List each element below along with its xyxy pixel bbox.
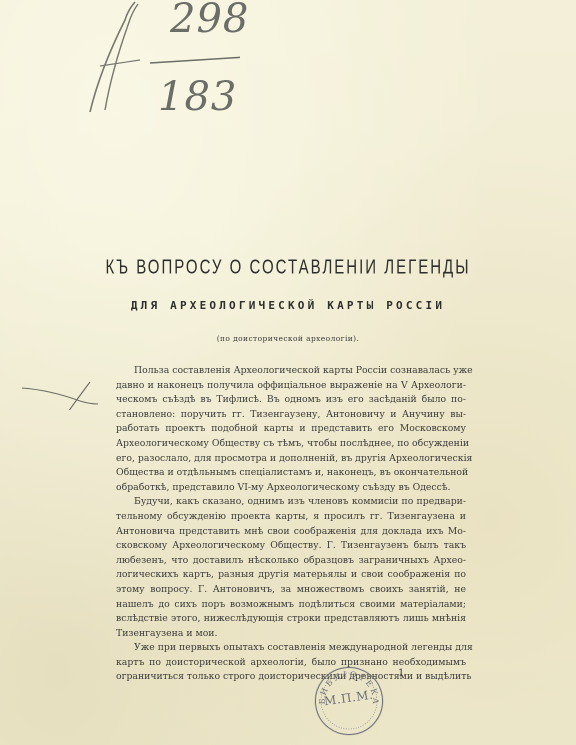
- body-line: картъ по доисторической археологіи, было…: [116, 656, 466, 671]
- body-line: нашелъ до сихъ поръ возможнымъ подѣлитьс…: [116, 598, 466, 613]
- document-subtitle: ДЛЯ АРХЕОЛОГИЧЕСКОЙ КАРТЫ РОССІИ: [0, 299, 576, 312]
- library-stamp: БИБЛІОТЕКА М.П.М.: [311, 663, 388, 740]
- body-line: Антоновича представить мнѣ свои соображе…: [116, 525, 466, 540]
- body-line: Польза составленія Археологической карты…: [116, 364, 466, 379]
- handwritten-catalog-number: Л 298 183: [40, 0, 240, 140]
- body-line: логическихъ картъ, разныя другія матерья…: [116, 568, 466, 583]
- body-line: любезенъ, что доставилъ нѣсколько образц…: [116, 554, 466, 569]
- body-text: Польза составленія Археологической карты…: [116, 364, 466, 685]
- body-line: становлено: поручить гг. Тизенгаузену, А…: [116, 408, 466, 423]
- catalog-number-bottom: 183: [158, 74, 237, 120]
- body-line: ческомъ съѣздѣ въ Тифлисѣ. Въ одномъ изъ…: [116, 393, 466, 408]
- body-line: Археологическому Обществу съ тѣмъ, чтобы…: [116, 437, 466, 452]
- body-line: ограничиться только строго доисторически…: [116, 670, 466, 685]
- body-line: Уже при первыхъ опытахъ составленія межд…: [116, 641, 466, 656]
- body-line: сковскому Археологическому Обществу. Г. …: [116, 539, 466, 554]
- pencil-margin-mark-icon: [10, 360, 100, 410]
- body-line: работать проектъ подобной карты и предст…: [116, 422, 466, 437]
- body-line: этому вопросу. Г. Антоновичъ, за множест…: [116, 583, 466, 598]
- catalog-number-top: 298: [170, 0, 249, 42]
- body-line: Будучи, какъ сказано, однимъ изъ членовъ…: [116, 495, 466, 510]
- prefix-mark: Л: [38, 70, 39, 71]
- body-line: обработкѣ, представило VI-му Археологиче…: [116, 481, 466, 496]
- document-title: КЪ ВОПРОСУ О СОСТАВЛЕНІИ ЛЕГЕНДЫ: [0, 256, 576, 279]
- body-line: его, разослало, для просмотра и дополнен…: [116, 452, 466, 467]
- body-line: давно и наконецъ получила оффиціальное в…: [116, 379, 466, 394]
- body-line: вслѣдствіе этого, нижеслѣдующія строки п…: [116, 612, 466, 627]
- document-note: (по доисторической археологіи).: [0, 334, 576, 343]
- body-line: Тизенгаузена и мои.: [116, 627, 466, 642]
- page-number: 1: [398, 668, 404, 679]
- body-line: Общества и отдѣльнымъ спеціалистамъ и, н…: [116, 466, 466, 481]
- body-line: тельному обсужденію проекта карты, я про…: [116, 510, 466, 525]
- document-page: Л 298 183 КЪ ВОПРОСУ О СОСТАВЛЕНІИ ЛЕГЕН…: [0, 0, 576, 745]
